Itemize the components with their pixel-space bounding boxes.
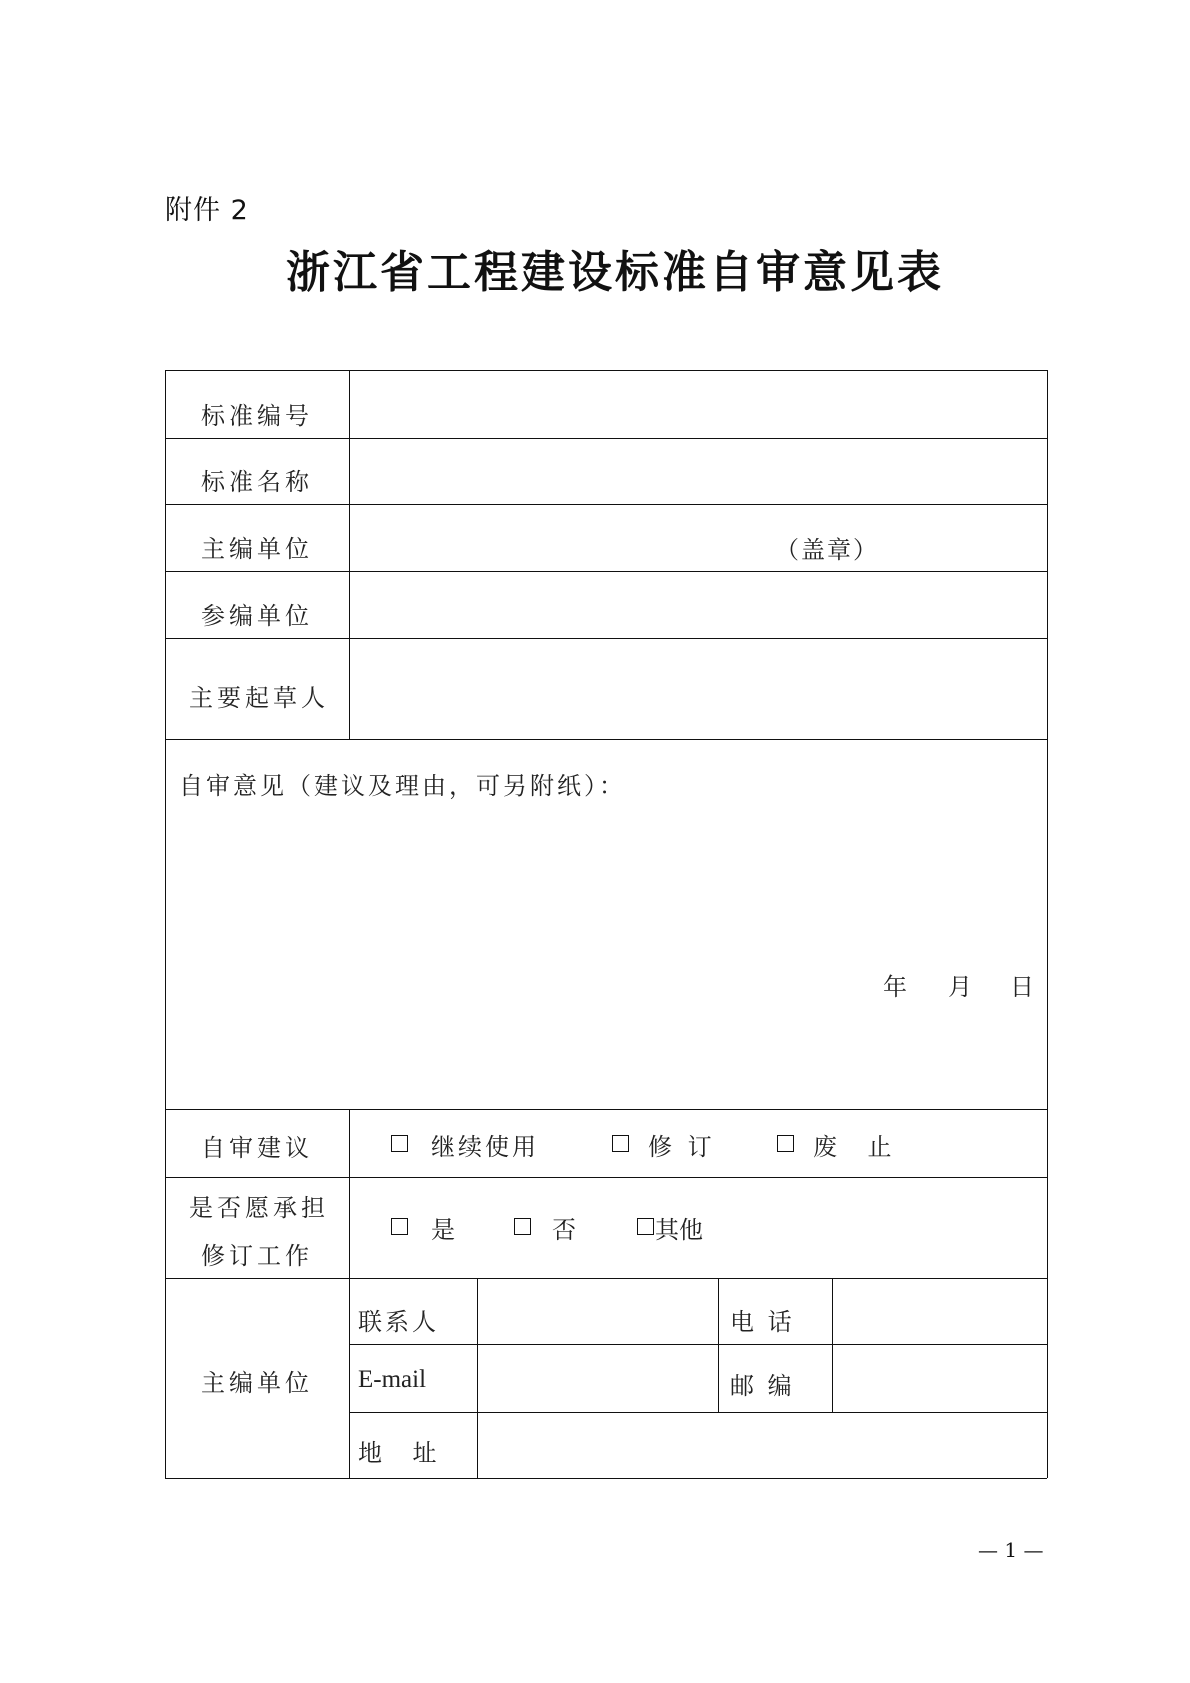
email-label: E-mail xyxy=(358,1366,426,1394)
col-divider xyxy=(349,370,350,739)
contact-person-field[interactable] xyxy=(479,1280,717,1343)
row-divider xyxy=(165,1109,1047,1110)
checkbox-abolish[interactable] xyxy=(777,1135,794,1152)
recommendation-label: 自审建议 xyxy=(201,1128,313,1163)
row-divider xyxy=(165,1278,1047,1279)
standard-number-field[interactable] xyxy=(351,372,1045,437)
address-field[interactable] xyxy=(479,1414,1045,1477)
table-border-right xyxy=(1047,370,1048,1478)
row-divider xyxy=(165,571,1047,572)
opinion-label: 自审意见（建议及理由，可另附纸）： xyxy=(179,766,626,801)
willing-label-line1: 是否愿承担 xyxy=(189,1188,329,1223)
email-field[interactable] xyxy=(479,1346,717,1411)
postcode-label: 邮 编 xyxy=(730,1366,795,1401)
participating-units-label: 参编单位 xyxy=(201,596,313,631)
checkbox-other[interactable] xyxy=(637,1218,654,1235)
willing-label-line2: 修订工作 xyxy=(201,1236,313,1271)
main-drafters-label: 主要起草人 xyxy=(189,678,329,713)
option-label: 其他 xyxy=(655,1210,703,1245)
option-label: 否 xyxy=(552,1210,576,1245)
option-label: 是 xyxy=(431,1210,455,1245)
address-label: 地 址 xyxy=(358,1433,437,1468)
table-border-left xyxy=(165,370,166,1478)
col-divider xyxy=(832,1278,833,1412)
row-divider xyxy=(165,438,1047,439)
row-divider xyxy=(165,739,1047,740)
date-month-label: 月 xyxy=(948,967,972,1002)
table-border-top xyxy=(165,370,1047,371)
review-form-table: 标准编号 标准名称 主编单位 （盖章） 参编单位 主要起草人 自审意见（建议及理… xyxy=(165,370,1047,1478)
standard-name-field[interactable] xyxy=(351,440,1045,503)
col-divider xyxy=(718,1278,719,1412)
table-border-bottom xyxy=(165,1478,1047,1479)
page-title: 浙江省工程建设标准自审意见表 xyxy=(286,236,944,300)
checkbox-yes[interactable] xyxy=(391,1218,408,1235)
option-label: 修 订 xyxy=(648,1127,716,1162)
row-divider xyxy=(165,638,1047,639)
checkbox-no[interactable] xyxy=(514,1218,531,1235)
contact-person-label: 联系人 xyxy=(358,1302,439,1337)
row-divider xyxy=(349,1344,1047,1345)
phone-label: 电 话 xyxy=(730,1302,795,1337)
standard-number-label: 标准编号 xyxy=(201,396,313,431)
col-divider xyxy=(349,1109,350,1478)
row-divider xyxy=(165,504,1047,505)
phone-field[interactable] xyxy=(834,1280,1045,1343)
option-label: 继续使用 xyxy=(431,1127,539,1162)
date-year-label: 年 xyxy=(883,967,907,1002)
main-drafters-field[interactable] xyxy=(351,640,1045,738)
participating-units-field[interactable] xyxy=(351,573,1045,637)
option-label: 废 止 xyxy=(813,1127,892,1162)
stamp-note: （盖章） xyxy=(775,530,879,565)
opinion-textarea[interactable] xyxy=(167,800,1045,1000)
checkbox-continue-use[interactable] xyxy=(391,1135,408,1152)
checkbox-revise[interactable] xyxy=(612,1135,629,1152)
attachment-label: 附件 2 xyxy=(165,188,249,227)
date-day-label: 日 xyxy=(1010,967,1034,1002)
chief-editor-unit-field[interactable] xyxy=(351,506,1045,570)
postcode-field[interactable] xyxy=(834,1346,1045,1411)
page-number: — 1 — xyxy=(978,1538,1043,1562)
col-divider xyxy=(477,1278,478,1478)
row-divider xyxy=(349,1412,1047,1413)
contact-unit-label: 主编单位 xyxy=(201,1363,313,1398)
standard-name-label: 标准名称 xyxy=(201,462,313,497)
chief-editor-unit-label: 主编单位 xyxy=(201,529,313,564)
row-divider xyxy=(165,1177,1047,1178)
